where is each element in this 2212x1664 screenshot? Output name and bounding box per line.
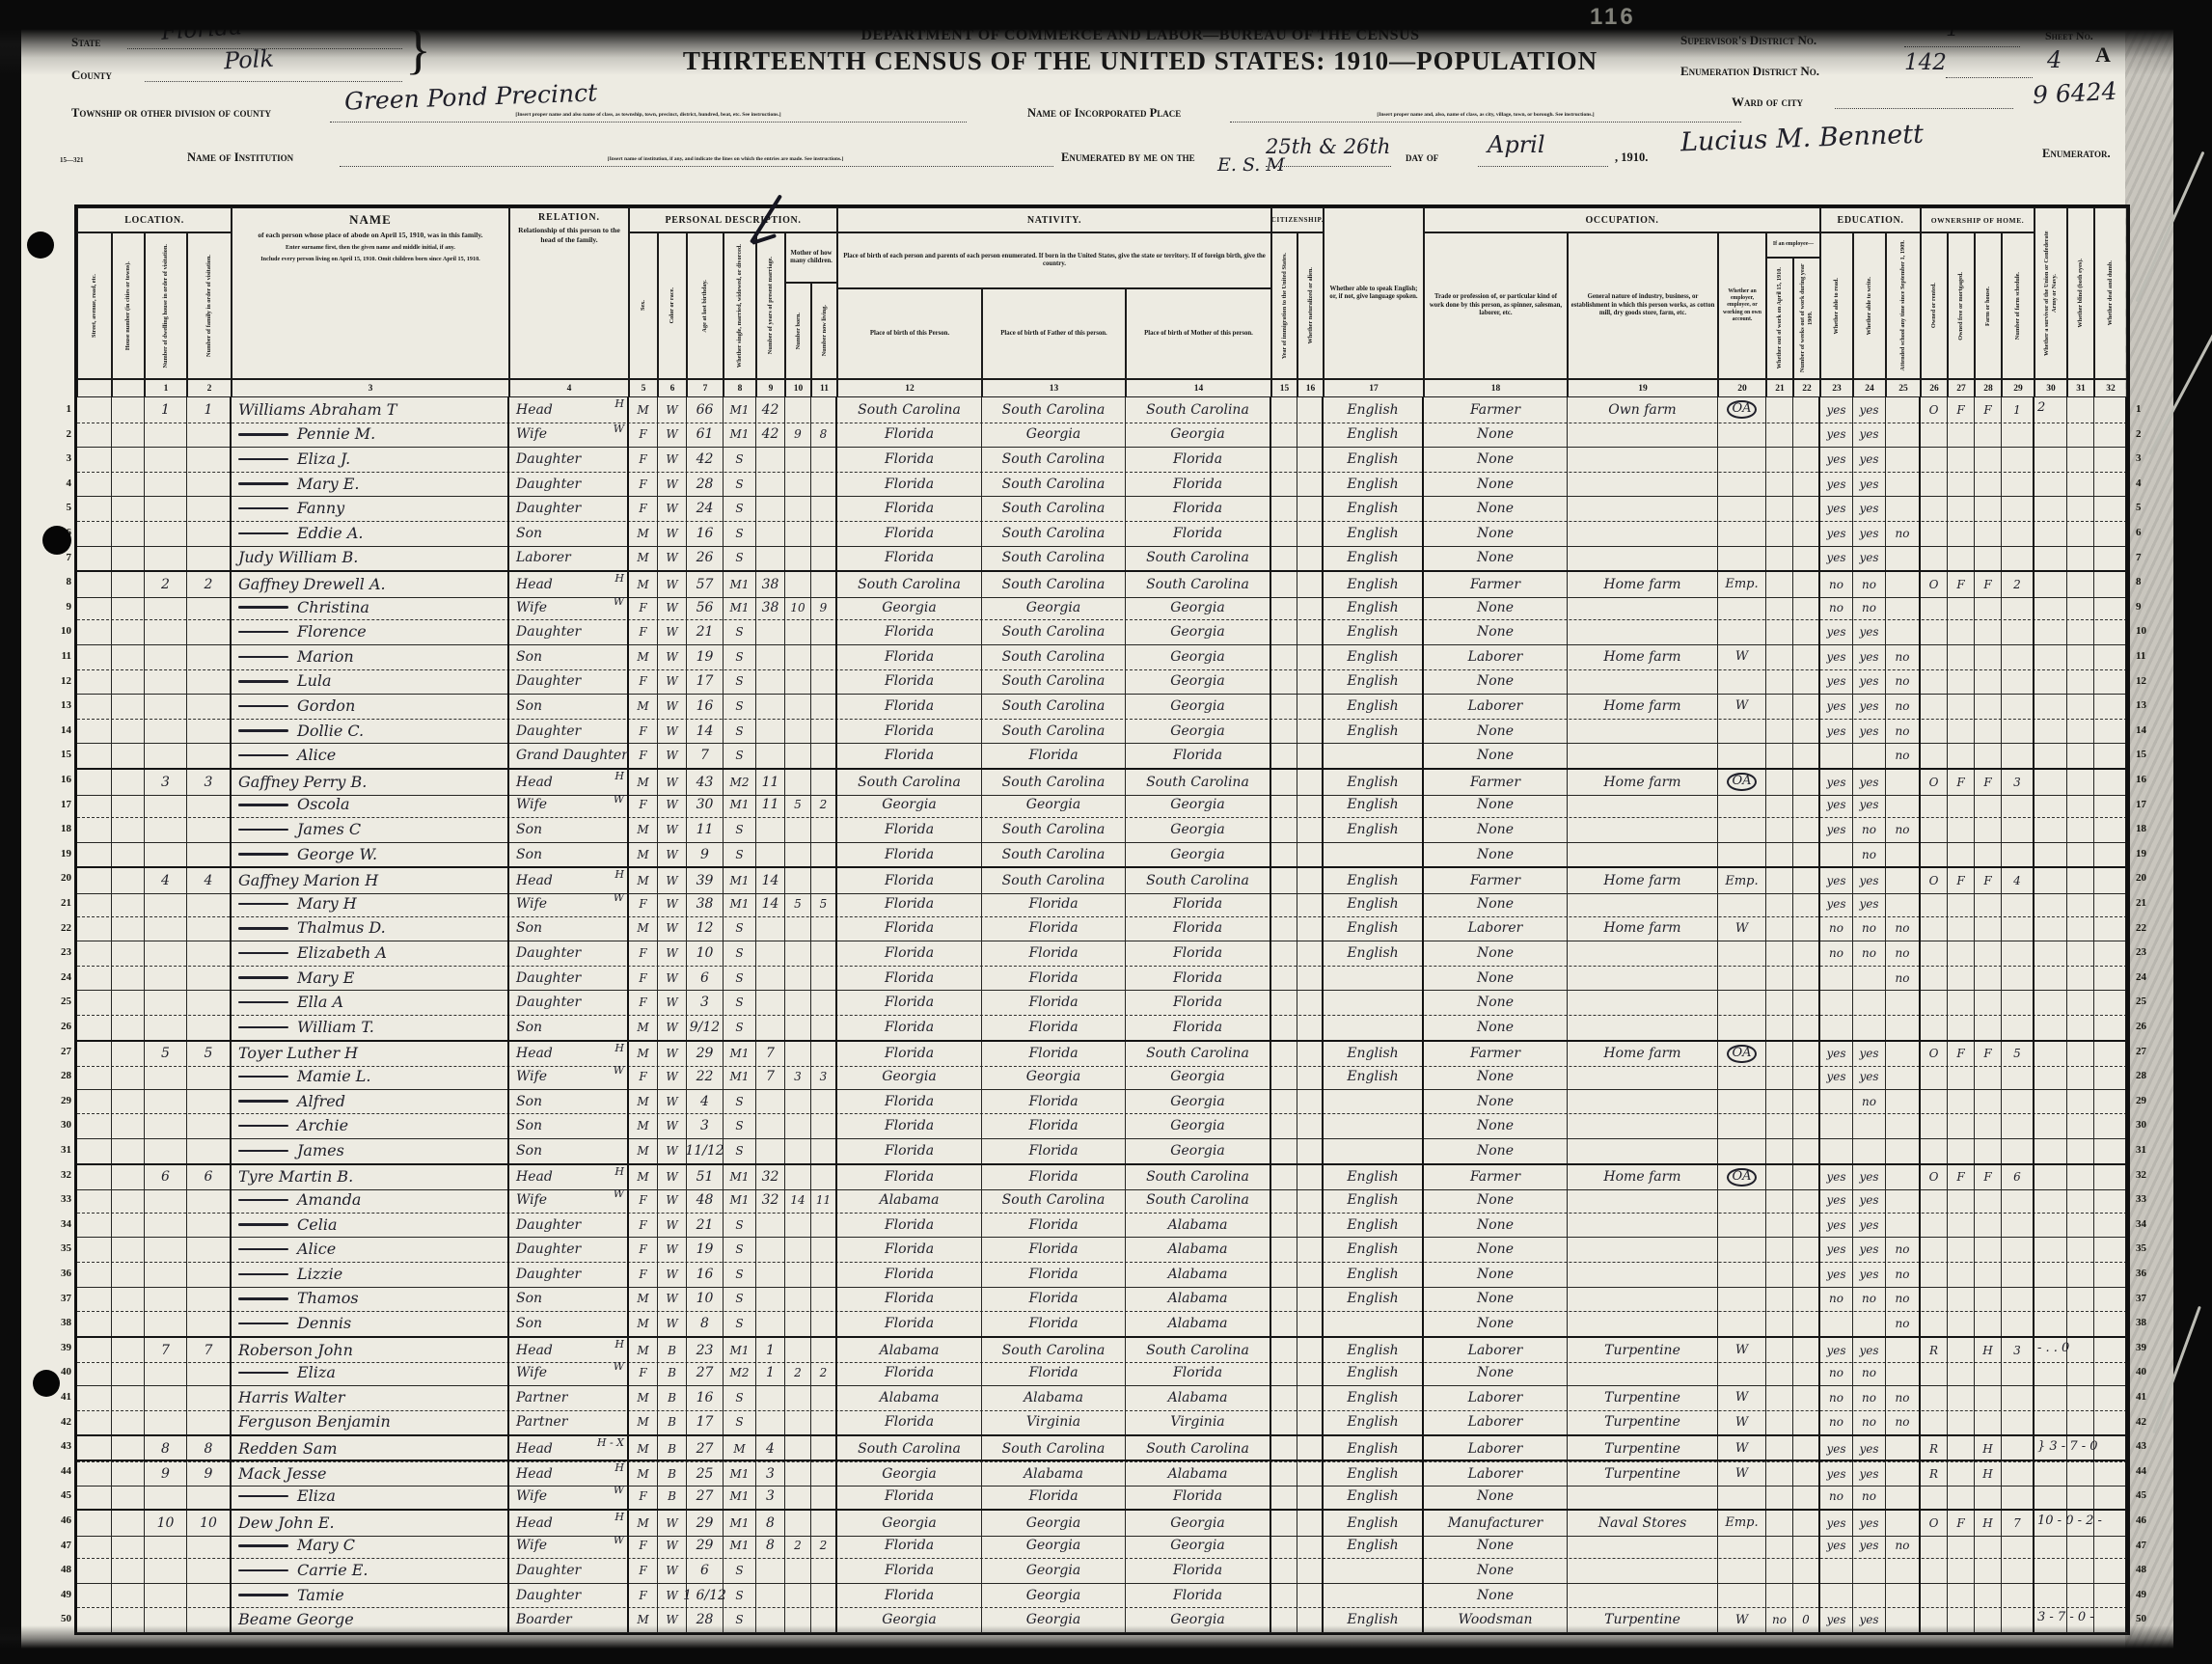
cell-street (77, 694, 112, 719)
cell-pob: South Carolina (837, 1436, 982, 1461)
cell-pob: Georgia (837, 1064, 982, 1089)
cell-owned (1921, 595, 1948, 620)
header-blind: Whether blind (both eyes). (2067, 207, 2094, 379)
cb-value: 2 (794, 1367, 802, 1378)
cell-cl (811, 842, 837, 867)
color-value: W (666, 750, 677, 761)
write-value: no (1862, 824, 1876, 835)
cell-street (77, 1360, 112, 1385)
marital-value: S (735, 528, 743, 539)
cell-name: Mary H (232, 891, 509, 916)
cell-outwork (1766, 770, 1793, 795)
person-name: Dennis (297, 1316, 351, 1331)
age-value: 9 (700, 848, 709, 861)
lang-value: English (1347, 452, 1398, 466)
cell-name: Williams Abraham T (232, 397, 509, 423)
cell-school (1886, 891, 1921, 916)
person-name: Pennie M. (297, 426, 375, 442)
cell-age: 27 (687, 1484, 724, 1509)
lang-value: English (1347, 477, 1398, 491)
cell-relation: Daughter (509, 1237, 629, 1262)
line-number-left: 18 (50, 823, 71, 834)
cell-pobf: Florida (982, 743, 1126, 768)
relation-value: Head (516, 776, 553, 789)
cell-years (756, 1213, 785, 1238)
cell-nat (1297, 1165, 1324, 1190)
cell-years (756, 743, 785, 768)
occ-value: None (1477, 971, 1514, 985)
sex-value: F (639, 1219, 646, 1231)
cell-deaf (2094, 990, 2127, 1015)
cell-owned (1921, 521, 1948, 546)
owned-value: O (1929, 404, 1939, 416)
age-value: 17 (696, 674, 714, 688)
cell-marital: S (724, 1089, 756, 1114)
cell-dwelling: 9 (145, 1461, 187, 1487)
cell-read (1820, 1138, 1853, 1163)
cell-blind (2067, 1583, 2094, 1608)
occ-value: None (1477, 1292, 1514, 1305)
cell-owned (1921, 743, 1948, 768)
cell-outwork (1766, 1385, 1793, 1410)
cell-dwelling (145, 447, 187, 472)
header-write-label: Whether able to write. (1866, 277, 1873, 335)
ditto-dash (238, 532, 288, 535)
cell-cb (785, 1558, 811, 1583)
cell-school (1886, 423, 1921, 448)
occ-value: None (1477, 1144, 1514, 1158)
cell-sex: F (629, 496, 658, 521)
pob-value: Alabama (880, 1193, 940, 1207)
cell-ind: Home farm (1568, 770, 1718, 795)
cell-weeks (1793, 1511, 1820, 1536)
cell-family (187, 546, 232, 571)
employer-class: W (1735, 1467, 1748, 1480)
cell-lang: English (1324, 1461, 1424, 1487)
cell-outwork (1766, 572, 1793, 597)
cell-vet (2034, 1385, 2067, 1410)
read-value: yes (1826, 478, 1845, 490)
read-value: yes (1826, 675, 1845, 687)
cell-owned (1921, 817, 1948, 842)
cell-read (1820, 1089, 1853, 1114)
cell-nat (1297, 1089, 1324, 1114)
cell-pob: Florida (837, 496, 982, 521)
cell-lang (1324, 1138, 1424, 1163)
cell-outwork (1766, 1436, 1793, 1461)
cell-pobf: Florida (982, 1360, 1126, 1385)
color-value: W (666, 922, 677, 934)
cell-cl: 11 (811, 1187, 837, 1213)
table-row: LulaDaughterFW17SFloridaSouth CarolinaGe… (77, 669, 2127, 696)
relation-mark: H (614, 397, 624, 410)
cell-write: yes (1853, 868, 1886, 893)
write-value: yes (1859, 651, 1878, 663)
cell-emp (1718, 842, 1766, 867)
cell-age: 16 (687, 1262, 724, 1287)
column-number-22: 22 (1793, 379, 1820, 397)
cell-relation: HeadH (509, 1042, 629, 1067)
cell-color: W (658, 496, 687, 521)
line-number-right: 35 (2136, 1242, 2155, 1254)
cell-write (1853, 990, 1886, 1015)
school-value: no (1896, 725, 1910, 737)
sex-value: F (639, 1367, 646, 1378)
cell-farm (1975, 1015, 2002, 1040)
cell-color: W (658, 1511, 687, 1536)
line-number-left: 30 (50, 1119, 71, 1131)
header-pobf: Place of birth of Father of this person. (982, 288, 1126, 379)
column-number: 15 (1280, 384, 1290, 394)
cell-vet (2034, 891, 2067, 916)
cell-school: no (1886, 694, 1921, 719)
marital-value: M1 (730, 1468, 750, 1480)
cell-ind: Naval Stores (1568, 1511, 1718, 1536)
cell-owned (1921, 1015, 1948, 1040)
family-value: 10 (200, 1516, 217, 1530)
cell-years: 4 (756, 1436, 785, 1461)
sex-value: F (639, 602, 646, 614)
cell-owned (1921, 916, 1948, 941)
cell-occ: None (1424, 817, 1568, 842)
lang-value: English (1347, 946, 1398, 960)
column-number-3: 3 (232, 379, 509, 397)
cell-school: no (1886, 1287, 1921, 1312)
line-number-right: 15 (2136, 749, 2155, 760)
cell-farm (1975, 546, 2002, 571)
ditto-dash (238, 1273, 288, 1276)
cell-pobm: Georgia (1126, 1089, 1271, 1114)
cell-write: no (1853, 1360, 1886, 1385)
cell-dwelling (145, 990, 187, 1015)
cell-nat (1297, 916, 1324, 941)
cell-cb: 2 (785, 1360, 811, 1385)
occ-value: None (1477, 946, 1514, 960)
family-value: 8 (205, 1442, 213, 1456)
cell-lang: English (1324, 447, 1424, 472)
cell-ind (1568, 842, 1718, 867)
cell-write: no (1853, 1089, 1886, 1114)
cell-outwork (1766, 472, 1793, 497)
read-value: no (1829, 922, 1843, 934)
table-row: Pennie M.WifeWFW61M14298FloridaGeorgiaGe… (77, 423, 2127, 449)
cell-occ: None (1424, 1534, 1568, 1559)
cell-pobm: Georgia (1126, 423, 1271, 448)
dwelling-value: 3 (161, 776, 170, 789)
cell-owned (1921, 719, 1948, 744)
cell-cl (811, 1165, 837, 1190)
cell-family: 9 (187, 1461, 232, 1487)
person-name: Lula (297, 673, 332, 689)
cell-weeks (1793, 1089, 1820, 1114)
cell-deaf (2094, 1311, 2127, 1336)
relation-value: Daughter (516, 674, 581, 688)
occ-value: None (1477, 674, 1514, 688)
pob-value: Florida (885, 946, 934, 960)
cell-occ: None (1424, 1187, 1568, 1213)
lang-value: English (1347, 1070, 1398, 1083)
cell-name: Eliza J. (232, 447, 509, 472)
pobm-value: Florida (1173, 502, 1222, 515)
read-value: yes (1826, 875, 1845, 887)
cell-farm (1975, 1138, 2002, 1163)
occ-value: None (1477, 1317, 1514, 1330)
cell-emp (1718, 1089, 1766, 1114)
line-number-right: 13 (2136, 699, 2155, 711)
occ-value: None (1477, 527, 1514, 540)
cell-outwork (1766, 397, 1793, 423)
cell-lang: English (1324, 1607, 1424, 1632)
cell-pob: Florida (837, 1262, 982, 1287)
sex-value: F (639, 750, 646, 761)
cell-family (187, 1360, 232, 1385)
cell-street (77, 793, 112, 818)
cell-weeks: 0 (1793, 1607, 1820, 1632)
cell-weeks (1793, 1262, 1820, 1287)
cell-read: yes (1820, 770, 1853, 795)
cell-write: yes (1853, 1213, 1886, 1238)
sex-value: F (639, 1194, 646, 1206)
color-value: W (666, 1071, 677, 1082)
column-number: 23 (1832, 384, 1842, 394)
marital-value: S (735, 453, 743, 465)
cell-pob: Florida (837, 1410, 982, 1435)
label: General nature of industry, business, or… (1569, 292, 1717, 318)
cell-outwork (1766, 966, 1793, 991)
relation-mark: H (614, 1042, 624, 1054)
cell-outwork (1766, 1583, 1793, 1608)
write-value: yes (1859, 898, 1878, 910)
dwelling-value: 7 (161, 1344, 170, 1357)
write-value: no (1862, 1096, 1876, 1107)
ditto-dash (238, 853, 288, 856)
cell-pobf: Florida (982, 1113, 1126, 1138)
lang-value: English (1347, 1218, 1398, 1232)
cell-age: 17 (687, 669, 724, 695)
cell-outwork (1766, 793, 1793, 818)
age-value: 6 (700, 971, 709, 985)
cell-relation: Son (509, 817, 629, 842)
cell-lang: English (1324, 546, 1424, 571)
ditto-dash (238, 976, 288, 979)
cell-weeks (1793, 619, 1820, 644)
pobf-value: South Carolina (1002, 1344, 1106, 1357)
years-value: 32 (762, 1170, 779, 1184)
cell-read: yes (1820, 1534, 1853, 1559)
cell-vet (2034, 1064, 2067, 1089)
cell-house (112, 1338, 145, 1363)
pob-value: Florida (885, 848, 934, 861)
cell-cl (811, 1338, 837, 1363)
pob-value: Georgia (882, 1516, 936, 1530)
cell-color: W (658, 1558, 687, 1583)
cell-outwork (1766, 1237, 1793, 1262)
label: Location. (124, 215, 184, 226)
cell-blind (2067, 990, 2094, 1015)
column-number: 32 (2106, 384, 2116, 394)
sched-value: 6 (2013, 1171, 2021, 1183)
read-value: yes (1826, 1517, 1845, 1529)
cell-blind (2067, 595, 2094, 620)
table-row: ElizaWifeWFB27M13FloridaFloridaFloridaEn… (77, 1484, 2127, 1510)
cell-vet (2034, 644, 2067, 669)
relation-mark: H - X (597, 1436, 624, 1449)
cell-house (112, 1262, 145, 1287)
occ-value: None (1477, 1021, 1514, 1034)
column-number: 6 (670, 384, 675, 394)
read-value: yes (1826, 1540, 1845, 1551)
line-number-right: 24 (2136, 971, 2155, 983)
color-value: B (668, 1416, 676, 1428)
cell-deaf (2094, 1089, 2127, 1114)
cell-name: Thamos (232, 1287, 509, 1312)
column-number-house (112, 379, 145, 397)
table-row: 44Gaffney Marion HHeadHMW39M114FloridaSo… (77, 866, 2127, 894)
cell-pobm: Alabama (1126, 1287, 1271, 1312)
cell-years (756, 694, 785, 719)
pobf-value: Florida (1028, 996, 1078, 1009)
marital-value: M1 (730, 1490, 750, 1502)
cell-color: W (658, 842, 687, 867)
cell-house (112, 644, 145, 669)
cell-read: yes (1820, 1461, 1853, 1487)
cell-blind (2067, 1338, 2094, 1363)
cell-farm (1975, 447, 2002, 472)
cell-age: 51 (687, 1165, 724, 1190)
cell-pobf: South Carolina (982, 1338, 1126, 1363)
pobm-value: Georgia (1170, 699, 1224, 713)
occ-value: Manufacturer (1448, 1516, 1543, 1530)
line-number-right: 30 (2136, 1119, 2155, 1131)
cell-street (77, 743, 112, 768)
cell-lang (1324, 966, 1424, 991)
occ-value: None (1477, 798, 1514, 811)
pob-value: Florida (885, 1489, 934, 1503)
cell-outwork (1766, 423, 1793, 448)
cell-deaf (2094, 916, 2127, 941)
cell-family: 1 (187, 397, 232, 423)
sex-value: M (637, 1517, 648, 1529)
cell-school (1886, 1213, 1921, 1238)
color-value: W (666, 1243, 677, 1255)
lang-value: English (1347, 527, 1398, 540)
employer-class: OA (1727, 400, 1756, 419)
pobf-value: South Carolina (1002, 650, 1106, 664)
cell-weeks (1793, 1138, 1820, 1163)
header-occ: Trade or profession of, or particular ki… (1424, 232, 1568, 379)
cell-school (1886, 397, 1921, 423)
cell-emp (1718, 1558, 1766, 1583)
cell-imm (1271, 1237, 1297, 1262)
employer-class: W (1735, 699, 1748, 712)
cell-color: W (658, 397, 687, 423)
cell-pob: Georgia (837, 793, 982, 818)
line-number-right: 41 (2136, 1391, 2155, 1403)
cell-ind (1568, 472, 1718, 497)
age-value: 24 (696, 502, 714, 515)
lang-value: English (1347, 823, 1398, 836)
cell-emp: W (1718, 1436, 1766, 1461)
column-number: 24 (1865, 384, 1874, 394)
school-value: no (1896, 947, 1910, 959)
cell-owned (1921, 1385, 1948, 1410)
cell-dwelling: 5 (145, 1042, 187, 1067)
cell-farm (1975, 1484, 2002, 1509)
age-value: 22 (696, 1070, 714, 1083)
cell-school (1886, 1042, 1921, 1067)
cell-name: Eliza (232, 1360, 509, 1385)
cell-write: yes (1853, 1042, 1886, 1067)
cell-relation: Daughter (509, 496, 629, 521)
cell-mort (1948, 1558, 1975, 1583)
pobf-value: Florida (1028, 946, 1078, 960)
cell-relation: Daughter (509, 966, 629, 991)
ind-value: Home farm (1603, 650, 1680, 664)
column-number: 12 (905, 384, 915, 394)
cell-marital: S (724, 644, 756, 669)
family-value: 3 (205, 776, 213, 789)
family-value: 1 (205, 403, 213, 417)
cell-vet (2034, 966, 2067, 991)
cell-occ: None (1424, 423, 1568, 448)
pobm-value: Florida (1173, 996, 1222, 1009)
write-value: yes (1859, 1517, 1878, 1529)
table-row: George W.SonMW9SFloridaSouth CarolinaGeo… (77, 842, 2127, 868)
sex-value: M (637, 1171, 648, 1183)
cell-family: 7 (187, 1338, 232, 1363)
cell-pobf: South Carolina (982, 496, 1126, 521)
cell-occ: Farmer (1424, 868, 1568, 893)
relation-value: Daughter (516, 625, 581, 639)
cell-vet (2034, 1138, 2067, 1163)
cell-outwork (1766, 546, 1793, 571)
pobf-value: Florida (1028, 1021, 1078, 1034)
column-number: 22 (1802, 384, 1812, 394)
cell-imm (1271, 694, 1297, 719)
cell-imm (1271, 1165, 1297, 1190)
cell-sex: F (629, 1237, 658, 1262)
cell-color: W (658, 423, 687, 448)
cell-marital: S (724, 521, 756, 546)
cell-dwelling (145, 423, 187, 448)
cell-emp (1718, 521, 1766, 546)
cell-occ: None (1424, 719, 1568, 744)
cell-house (112, 669, 145, 695)
ditto-dash (238, 1248, 288, 1251)
cell-sex: F (629, 595, 658, 620)
line-number-left: 24 (50, 971, 71, 983)
cell-house (112, 1064, 145, 1089)
school-value: no (1896, 1318, 1910, 1329)
sex-value: M (637, 1614, 648, 1625)
occ-value: Laborer (1468, 1442, 1523, 1456)
line-number-left: 38 (50, 1317, 71, 1328)
color-value: W (666, 849, 677, 860)
cell-cb: 5 (785, 793, 811, 818)
cell-farm (1975, 694, 2002, 719)
cell-school: no (1886, 1262, 1921, 1287)
cell-family (187, 941, 232, 966)
cell-sched (2002, 1558, 2034, 1583)
line-number-left: 33 (50, 1193, 71, 1205)
write-value: yes (1859, 700, 1878, 712)
pobm-value: South Carolina (1146, 874, 1249, 887)
farm-value: H (1982, 1443, 1992, 1455)
pobm-value: South Carolina (1146, 1170, 1249, 1184)
cell-name: Christina (232, 595, 509, 620)
color-value: W (666, 1145, 677, 1157)
cell-sex: M (629, 521, 658, 546)
